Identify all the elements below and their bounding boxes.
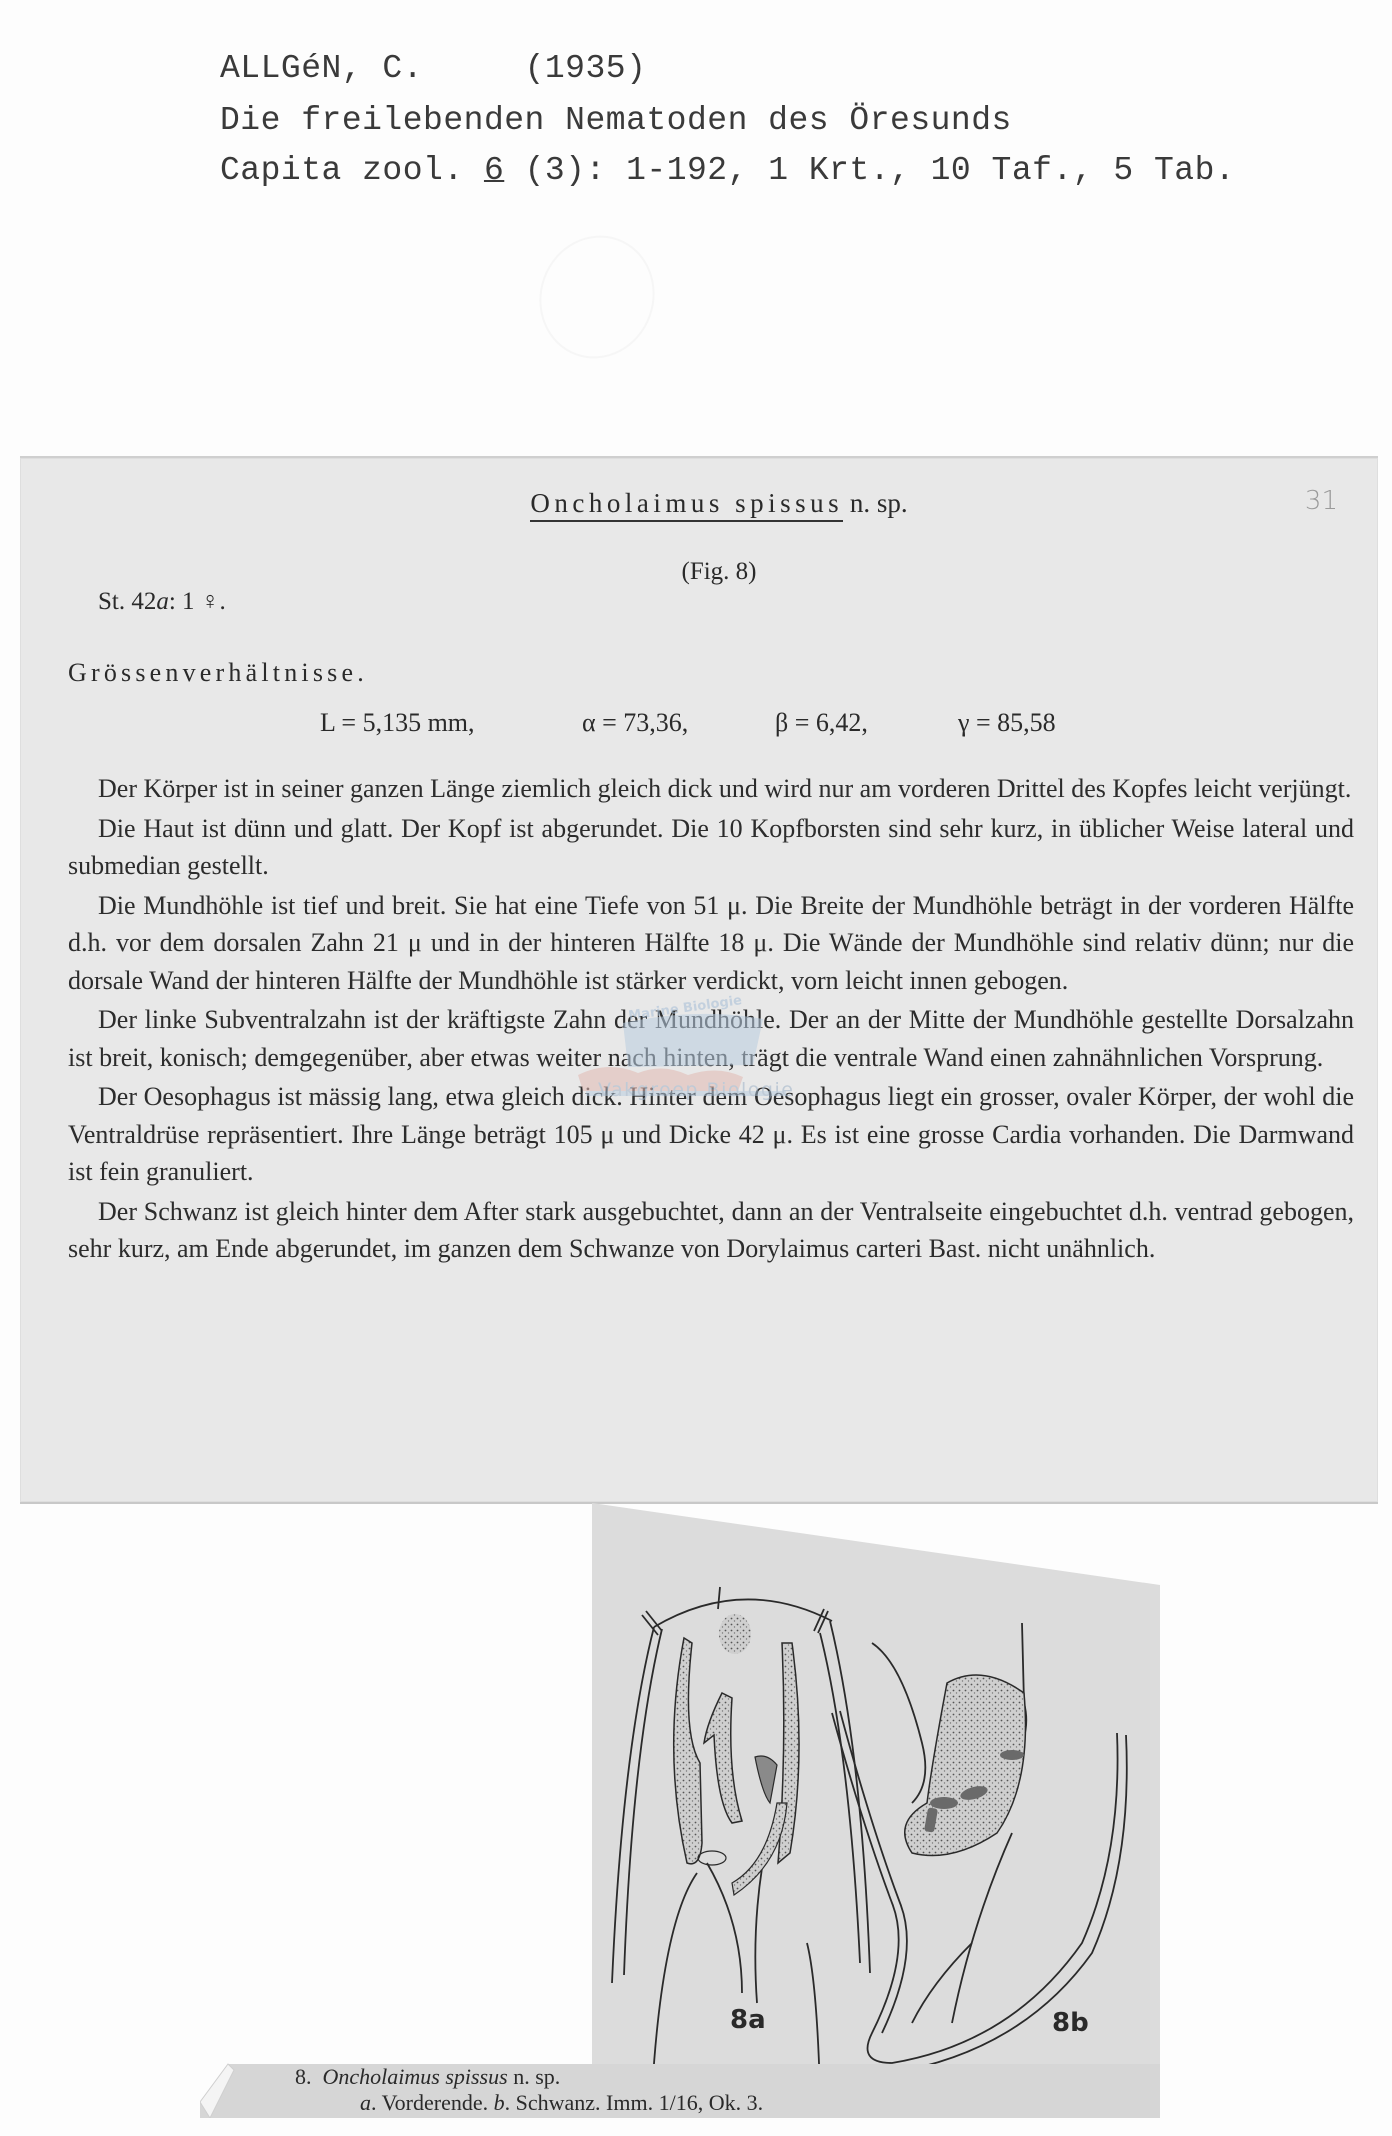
citation-author-line: ALLGéN, C. (1935) (220, 50, 646, 87)
nematode-illustration: 8a 8b (592, 1503, 1160, 2088)
paragraph-tail: Der Schwanz ist gleich hinter dem After … (68, 1193, 1354, 1268)
caption-species: Oncholaimus spissus (323, 2064, 508, 2089)
measurement-length: L = 5,135 mm, (320, 708, 475, 738)
citation-author: ALLGéN, C. (220, 50, 423, 87)
handwritten-page-number: 31 (1305, 486, 1338, 516)
citation-pages: (3): 1-192, 1 Krt., 10 Taf., 5 Tab. (504, 152, 1235, 189)
citation-journal: Capita zool. 6 (3): 1-192, 1 Krt., 10 Ta… (220, 152, 1235, 189)
text-clipping: Oncholaimus spissus n. sp. 31 (Fig. 8) S… (20, 456, 1378, 1504)
measurement-alpha: α = 73,36, (582, 708, 688, 738)
description-body: Der Körper ist in seiner ganzen Länge zi… (68, 770, 1354, 1268)
species-suffix: n. sp. (850, 488, 908, 518)
bleed-through-mark (522, 219, 672, 375)
citation-journal-name: Capita zool. (220, 152, 484, 189)
species-title: Oncholaimus spissus (530, 488, 843, 522)
caption-b-letter: b (494, 2090, 505, 2115)
section-heading: Grössenverhältnisse. (68, 658, 368, 688)
citation-title-place: Öresunds (849, 102, 1011, 139)
caption-a-letter: a (360, 2090, 371, 2115)
figure-reference: (Fig. 8) (20, 558, 1378, 586)
station-suffix: : 1 ♀. (169, 588, 226, 615)
species-heading: Oncholaimus spissus n. sp. (20, 488, 1378, 519)
caption-a-text: . Vorderende. (371, 2090, 494, 2115)
caption-number: 8. (295, 2064, 312, 2089)
figure-label-8a: 8a (730, 2005, 766, 2035)
citation-year: (1935) (525, 50, 647, 87)
paragraph-skin-head: Die Haut ist dünn und glatt. Der Kopf is… (68, 810, 1354, 885)
figure-8-drawing: 8a 8b (592, 1503, 1160, 2088)
paragraph-oesophagus: Der Oesophagus ist mässig lang, etwa gle… (68, 1078, 1354, 1191)
paragraph-body-shape: Der Körper ist in seiner ganzen Länge zi… (68, 770, 1354, 808)
station-prefix: St. 42 (98, 588, 156, 615)
measurement-gamma: γ = 85,58 (958, 708, 1056, 738)
citation-volume: 6 (484, 152, 504, 189)
station-info: St. 42a: 1 ♀. (98, 588, 226, 616)
figure-caption: 8. Oncholaimus spissus n. sp. a. Vordere… (200, 2062, 1160, 2118)
citation-title-text: Die freilebenden Nematoden des (220, 102, 849, 139)
paragraph-buccal-cavity: Die Mundhöhle ist tief und breit. Sie ha… (68, 887, 1354, 1000)
caption-suffix: n. sp. (508, 2064, 561, 2089)
station-letter: a (156, 588, 169, 615)
figure-label-8b: 8b (1052, 2008, 1089, 2038)
measurement-beta: β = 6,42, (775, 708, 868, 738)
caption-line-2: a. Vorderende. b. Schwanz. Imm. 1/16, Ok… (360, 2090, 763, 2116)
caption-b-text: . Schwanz. Imm. 1/16, Ok. 3. (505, 2090, 763, 2115)
paragraph-teeth: Der linke Subventralzahn ist der kräftig… (68, 1001, 1354, 1076)
caption-line-1: 8. Oncholaimus spissus n. sp. (295, 2064, 560, 2090)
citation-title: Die freilebenden Nematoden des Öresunds (220, 102, 1012, 139)
